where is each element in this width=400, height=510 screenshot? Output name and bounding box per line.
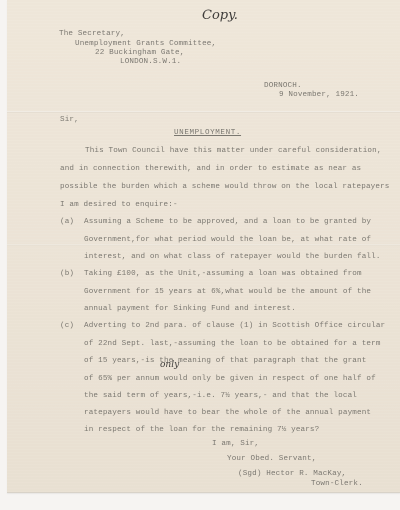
subject-heading: UNEMPLOYMENT. bbox=[174, 130, 241, 138]
addressee-line: Unemployment Grants Committee, bbox=[75, 41, 216, 49]
addressee-line: 22 Buckingham Gate, bbox=[95, 50, 184, 58]
item-label: (c) bbox=[60, 323, 74, 331]
body-line: Taking £100, as the Unit,-assuming a loa… bbox=[84, 271, 362, 279]
item-label: (a) bbox=[60, 219, 74, 227]
body-line: of 65% per annum would only be given in … bbox=[84, 376, 376, 384]
body-line: in respect of the loan for the remaining… bbox=[84, 427, 319, 435]
body-line: Government for 15 years at 6%,what would… bbox=[84, 289, 371, 297]
body-line: I am desired to enquire:- bbox=[60, 202, 178, 210]
body-line: of 22nd Sept. last,-assuming the loan to… bbox=[84, 341, 381, 349]
body-line: of 15 years,-is the meaning of that para… bbox=[84, 358, 366, 366]
handwritten-correction: only bbox=[160, 360, 179, 370]
sender-place: DORNOCH. bbox=[264, 83, 302, 91]
body-line: annual payment for Sinking Fund and inte… bbox=[84, 306, 296, 314]
item-label: (b) bbox=[60, 271, 74, 279]
closing-line: Your Obed. Servant, bbox=[227, 456, 316, 464]
addressee-line: The Secretary, bbox=[59, 31, 125, 39]
addressee-line: LONDON.S.W.1. bbox=[120, 59, 181, 67]
body-line: and in connection therewith, and in orde… bbox=[60, 166, 361, 174]
body-line: Government,for what period would the loa… bbox=[84, 237, 371, 245]
handwritten-copy-mark: Copy. bbox=[202, 8, 238, 23]
letter-page: Copy. The Secretary, Unemployment Grants… bbox=[7, 0, 400, 493]
body-line: possible the burden which a scheme would… bbox=[60, 184, 390, 192]
body-line: the said term of years,-i.e. 7½ years,- … bbox=[84, 393, 357, 401]
body-line: Adverting to 2nd para. of clause (1) in … bbox=[84, 323, 385, 331]
body-line: ratepayers would have to bear the whole … bbox=[84, 410, 371, 418]
signatory-title: Town-Clerk. bbox=[311, 481, 363, 489]
letter-date: 9 November, 1921. bbox=[279, 92, 359, 100]
salutation: Sir, bbox=[60, 117, 79, 125]
signature: (Sgd) Hector R. MacKay, bbox=[238, 471, 346, 479]
paper-fold-line bbox=[7, 111, 400, 113]
closing-line: I am, Sir, bbox=[212, 441, 259, 449]
body-line: Assuming a Scheme to be approved, and a … bbox=[84, 219, 371, 227]
body-line: interest, and on what class of ratepayer… bbox=[84, 254, 381, 262]
body-line: This Town Council have this matter under… bbox=[85, 148, 382, 156]
